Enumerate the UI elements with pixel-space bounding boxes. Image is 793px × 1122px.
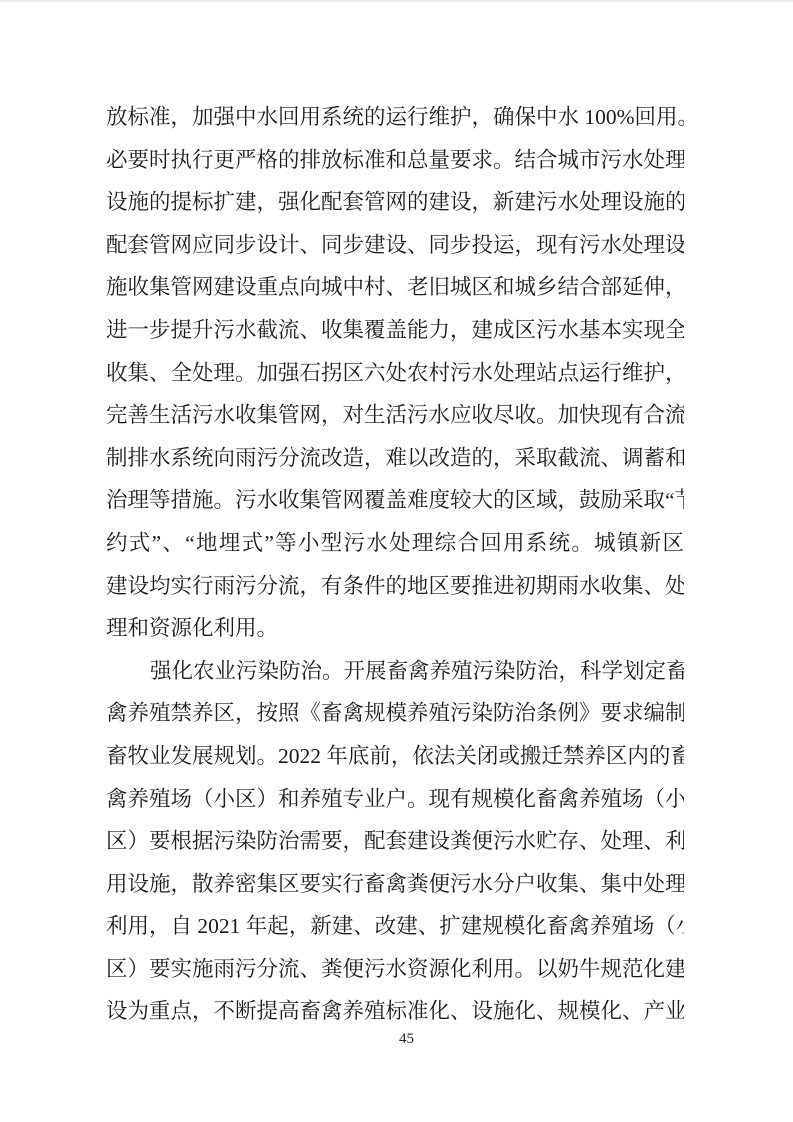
text-line: 制排水系统向雨污分流改造，难以改造的，采取截流、调蓄和 [106, 437, 684, 480]
page-footer: 45 [0, 1030, 793, 1048]
text-line: 建设均实行雨污分流，有条件的地区要推进初期雨水收集、处 [106, 565, 684, 608]
text-line: 配套管网应同步设计、同步建设、同步投运，现有污水处理设 [106, 224, 684, 267]
text-line: 禽养殖禁养区，按照《畜禽规模养殖污染防治条例》要求编制 [106, 692, 684, 735]
text-line: 放标准，加强中水回用系统的运行维护，确保中水 100%回用。 [106, 96, 684, 139]
text-line: 利用，自 2021 年起，新建、改建、扩建规模化畜禽养殖场（小 [106, 905, 684, 948]
document-body: 放标准，加强中水回用系统的运行维护，确保中水 100%回用。必要时执行更严格的排… [106, 96, 684, 1033]
text-line: 收集、全处理。加强石拐区六处农村污水处理站点运行维护， [106, 352, 684, 395]
text-line: 设施的提标扩建，强化配套管网的建设，新建污水处理设施的 [106, 181, 684, 224]
text-line: 治理等措施。污水收集管网覆盖难度较大的区域，鼓励采取“节 [106, 479, 684, 522]
text-line: 约式”、“地埋式”等小型污水处理综合回用系统。城镇新区 [106, 522, 684, 565]
text-line: 禽养殖场（小区）和养殖专业户。现有规模化畜禽养殖场（小 [106, 778, 684, 821]
page-top-edge-shadow [0, 0, 793, 3]
paragraph: 放标准，加强中水回用系统的运行维护，确保中水 100%回用。必要时执行更严格的排… [106, 96, 684, 650]
paragraph: 强化农业污染防治。开展畜禽养殖污染防治，科学划定畜禽养殖禁养区，按照《畜禽规模养… [106, 650, 684, 1033]
text-line: 施收集管网建设重点向城中村、老旧城区和城乡结合部延伸， [106, 266, 684, 309]
text-line: 进一步提升污水截流、收集覆盖能力，建成区污水基本实现全 [106, 309, 684, 352]
text-line: 用设施，散养密集区要实行畜禽粪便污水分户收集、集中处理 [106, 863, 684, 906]
text-line: 区）要根据污染防治需要，配套建设粪便污水贮存、处理、利 [106, 820, 684, 863]
text-line: 强化农业污染防治。开展畜禽养殖污染防治，科学划定畜 [106, 650, 684, 693]
text-line: 完善生活污水收集管网，对生活污水应收尽收。加快现有合流 [106, 394, 684, 437]
text-line: 理和资源化利用。 [106, 607, 684, 650]
text-line: 必要时执行更严格的排放标准和总量要求。结合城市污水处理 [106, 139, 684, 182]
text-line: 区）要实施雨污分流、粪便污水资源化利用。以奶牛规范化建 [106, 948, 684, 991]
page-number: 45 [399, 1031, 414, 1047]
text-line: 设为重点，不断提高畜禽养殖标准化、设施化、规模化、产业 [106, 990, 684, 1033]
document-page: 放标准，加强中水回用系统的运行维护，确保中水 100%回用。必要时执行更严格的排… [0, 0, 793, 1122]
text-line: 畜牧业发展规划。2022 年底前，依法关闭或搬迁禁养区内的畜 [106, 735, 684, 778]
